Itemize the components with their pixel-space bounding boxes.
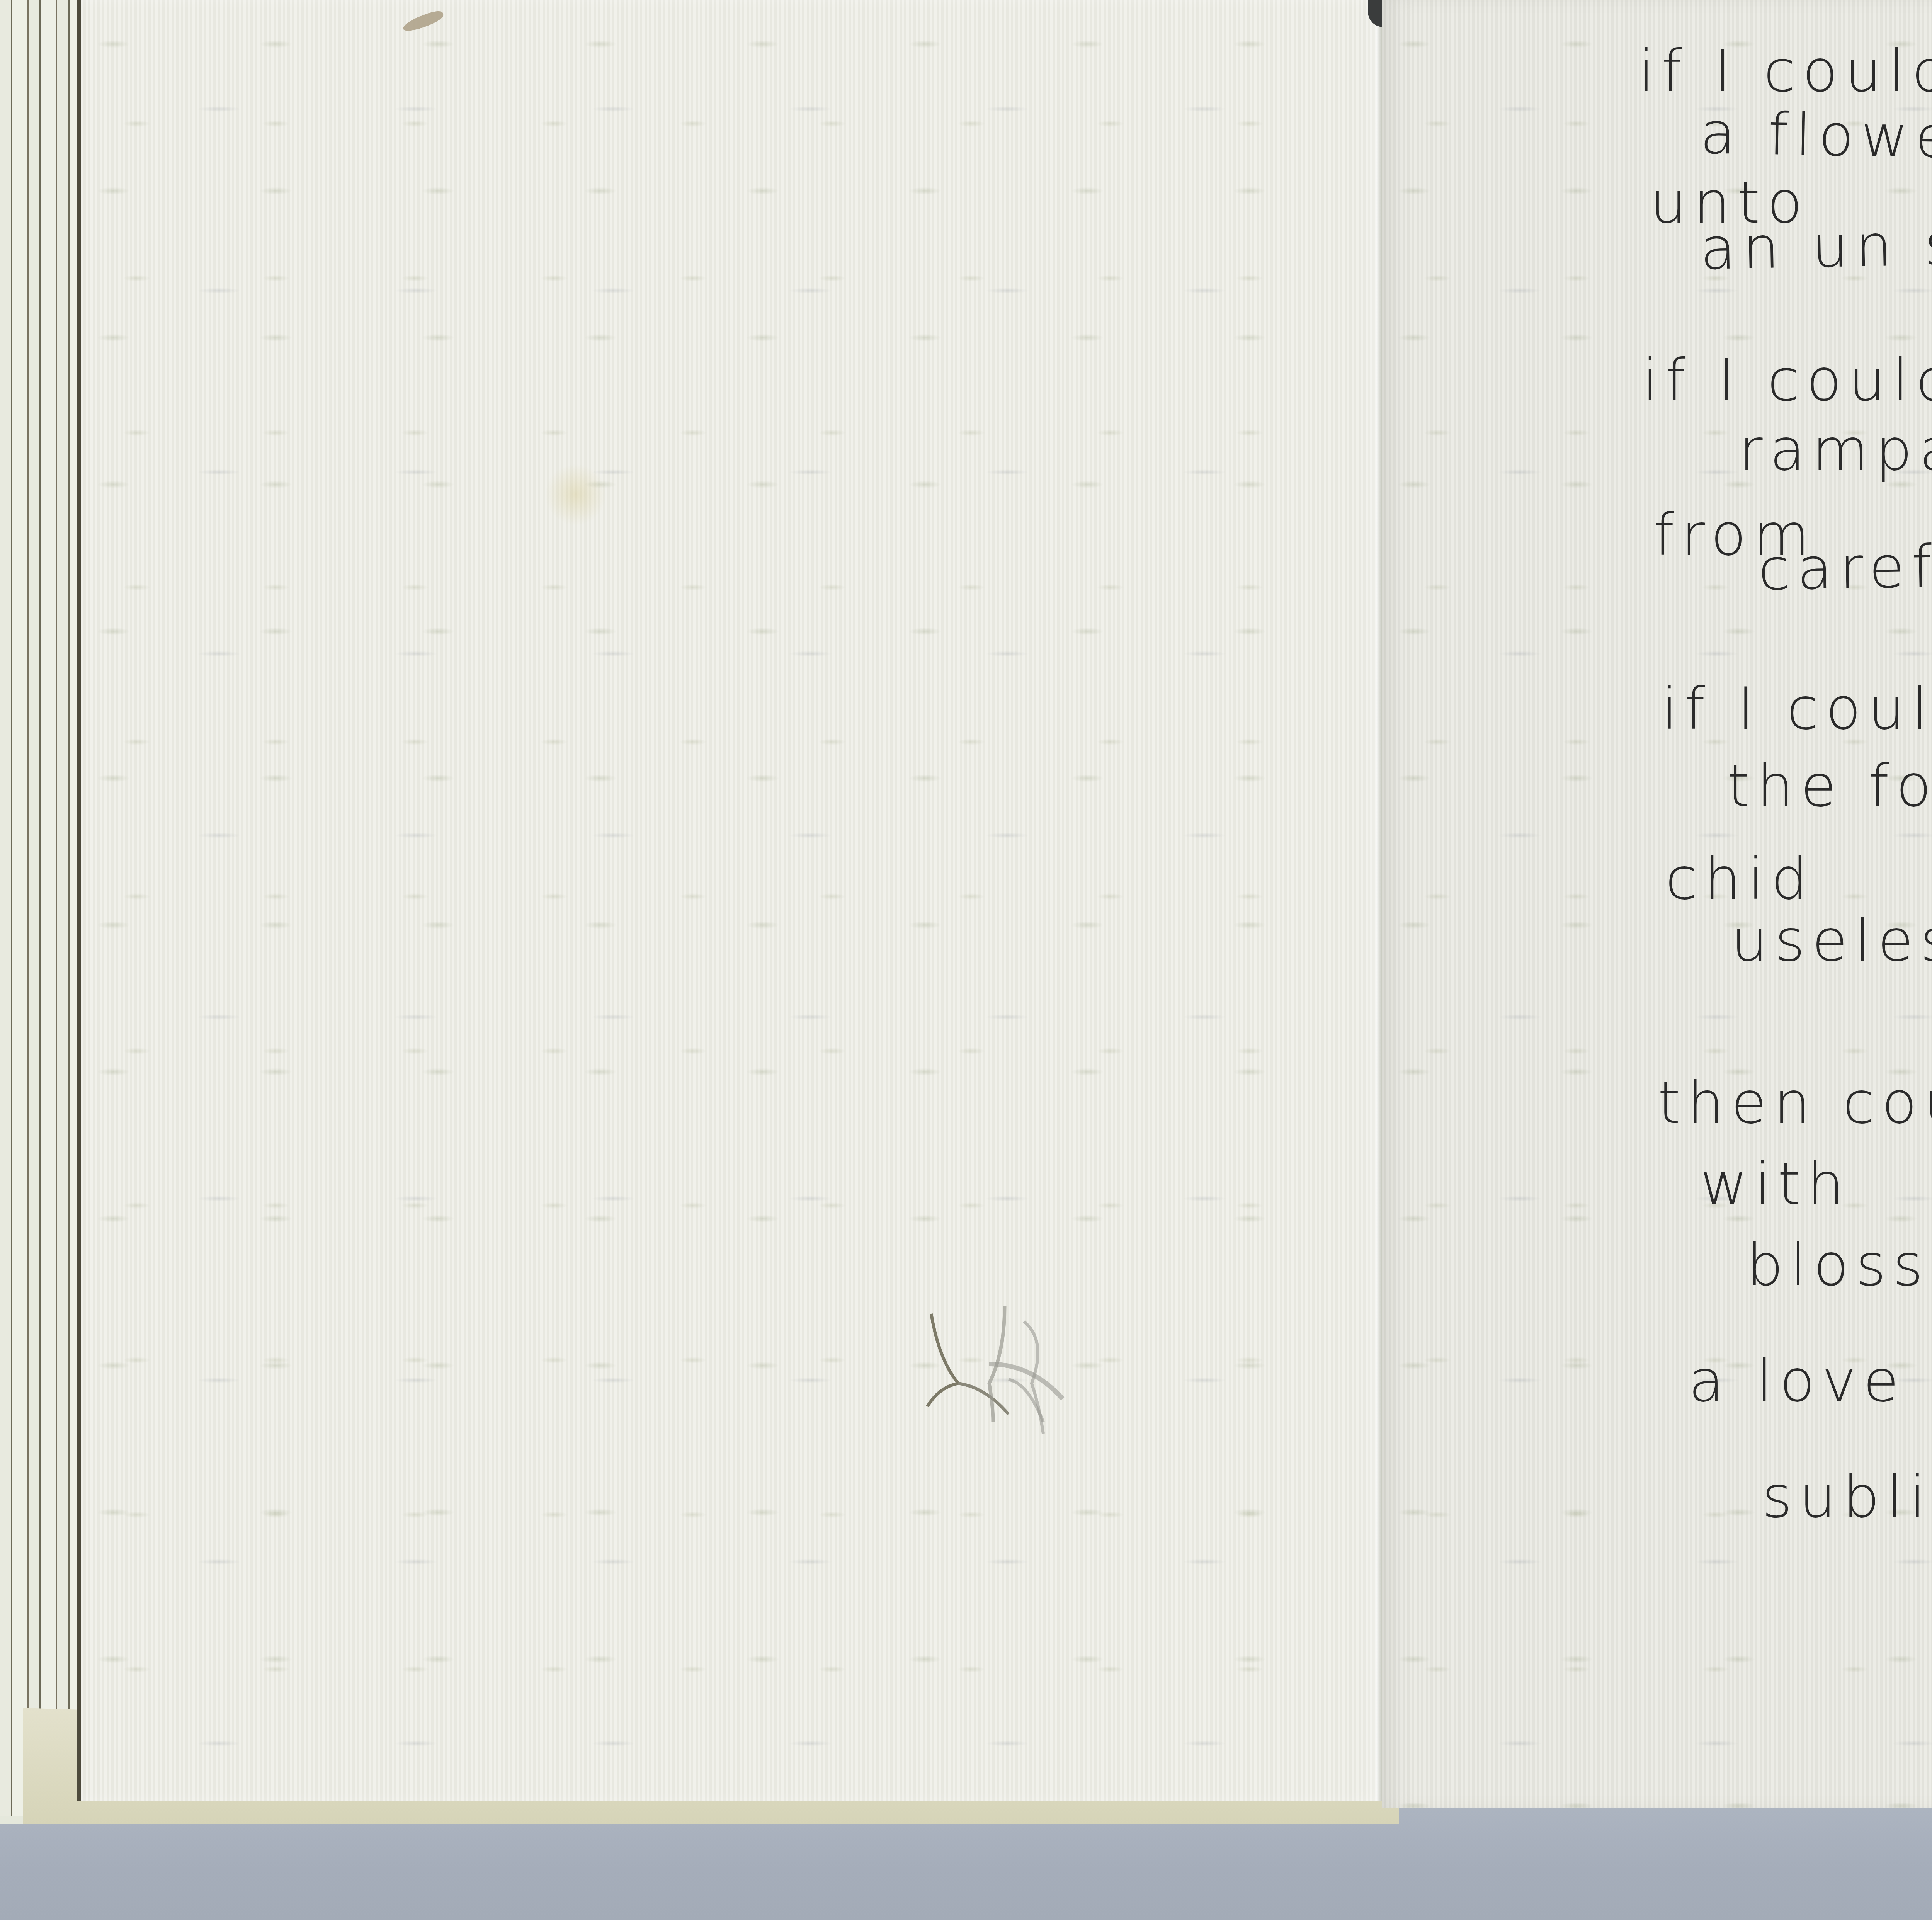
poem-line: a flower of song <box>1700 104 1932 172</box>
poem-line: carefulness in art <box>1758 530 1932 599</box>
poem-line: sublime <box>1762 1468 1932 1526</box>
poem-line: if I could have <box>1662 680 1932 738</box>
poem-line: an un shorn heart <box>1700 209 1932 278</box>
poem-line: then could I bring <box>1658 1074 1932 1132</box>
poem-line: uselessness in time <box>1731 912 1932 970</box>
handwritten-poem: if I could give a flower of song unto an… <box>0 0 1932 1920</box>
poem-line: rampages ring <box>1739 421 1932 479</box>
poem-line: a love for you <box>1689 1352 1932 1410</box>
poem-line: chid <box>1665 850 1815 908</box>
poem-line: if I could give <box>1638 43 1932 100</box>
poem-line: the foster- child <box>1727 757 1932 815</box>
notebook-scan: if I could give a flower of song unto an… <box>0 0 1932 1920</box>
poem-line: if I could let <box>1642 352 1932 410</box>
poem-line: blossom's root <box>1747 1236 1932 1294</box>
poem-line: with <box>1700 1155 1851 1213</box>
